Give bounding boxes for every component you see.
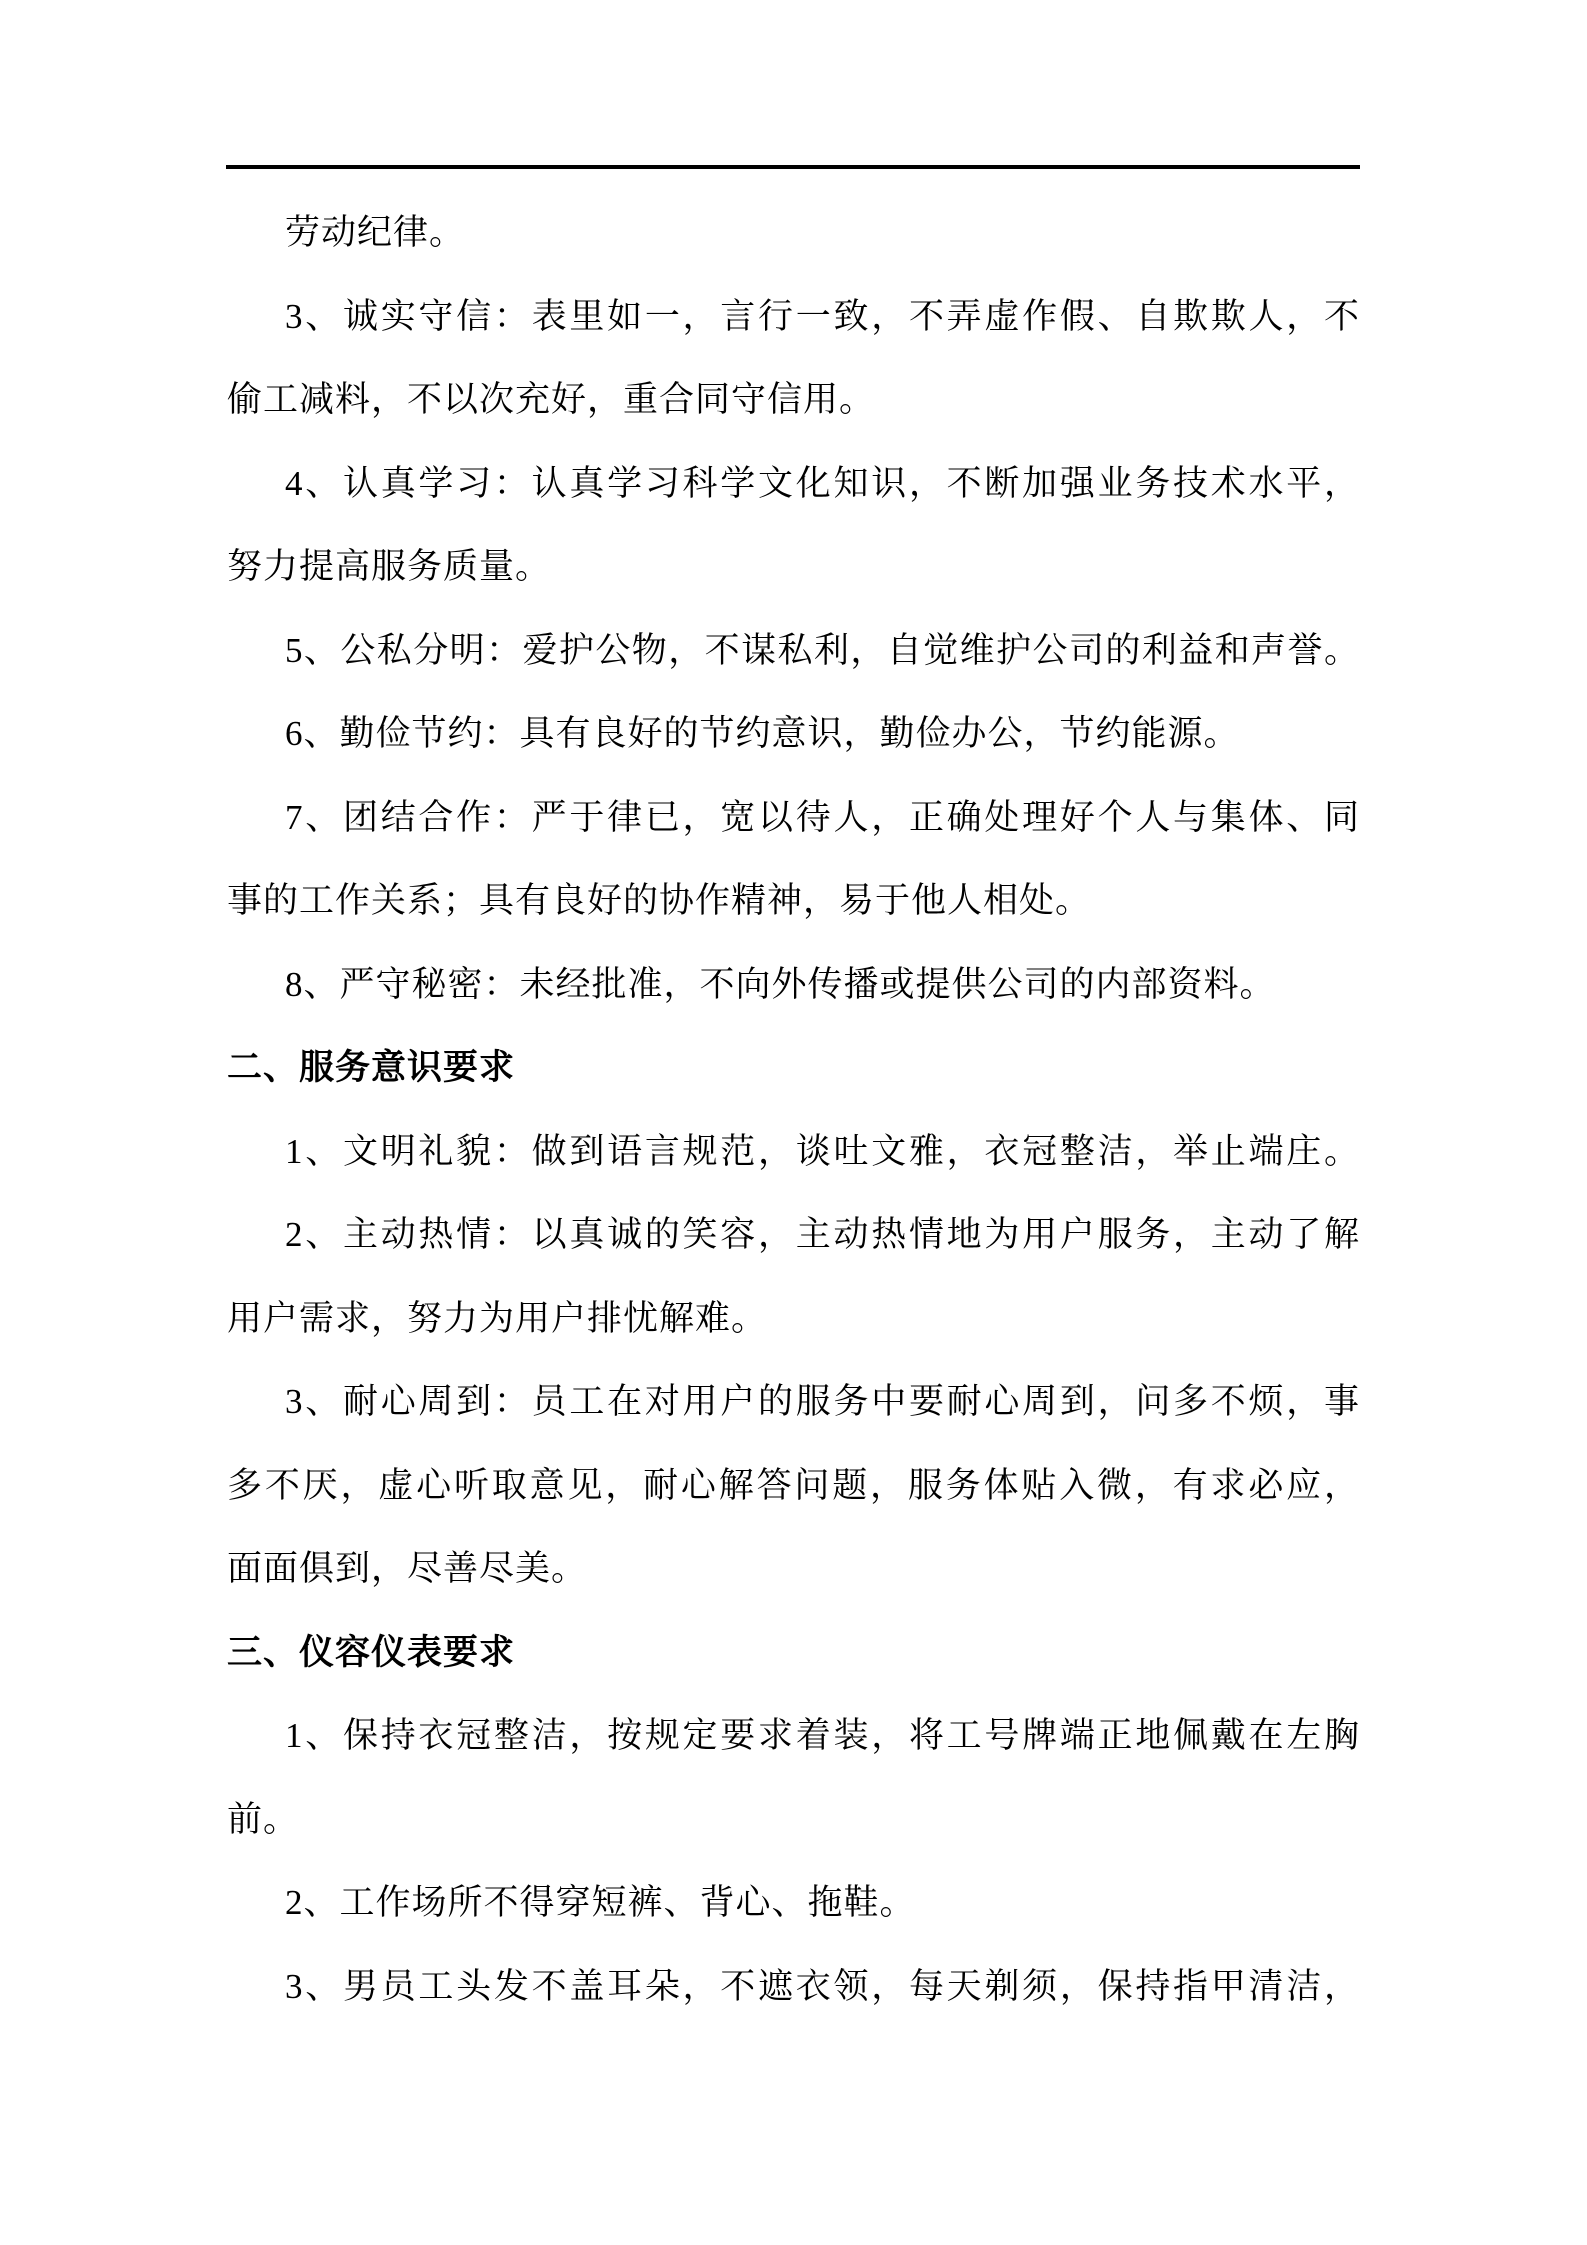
text-line: 2、工作场所不得穿短裤、背心、拖鞋。 <box>227 1861 1360 1945</box>
text-line: 3、耐心周到：员工在对用户的服务中要耐心周到，问多不烦，事 <box>227 1360 1360 1444</box>
text-line: 事的工作关系；具有良好的协作精神，易于他人相处。 <box>227 859 1360 943</box>
text-line: 1、文明礼貌：做到语言规范，谈吐文雅，衣冠整洁，举止端庄。 <box>227 1110 1360 1194</box>
text-line: 努力提高服务质量。 <box>227 525 1360 609</box>
text-line: 用户需求，努力为用户排忧解难。 <box>227 1277 1360 1361</box>
text-line: 2、主动热情：以真诚的笑容，主动热情地为用户服务，主动了解 <box>227 1193 1360 1277</box>
text-line: 6、勤俭节约：具有良好的节约意识，勤俭办公，节约能源。 <box>227 692 1360 776</box>
text-line: 3、男员工头发不盖耳朵，不遮衣领，每天剃须，保持指甲清洁， <box>227 1945 1360 2029</box>
text-line: 偷工减料，不以次充好，重合同守信用。 <box>227 358 1360 442</box>
text-line: 多不厌，虚心听取意见，耐心解答问题，服务体贴入微，有求必应， <box>227 1444 1360 1528</box>
text-line: 1、保持衣冠整洁，按规定要求着装，将工号牌端正地佩戴在左胸 <box>227 1694 1360 1778</box>
document-body: 劳动纪律。 3、诚实守信：表里如一，言行一致，不弄虚作假、自欺欺人，不 偷工减料… <box>227 191 1360 2028</box>
text-line: 8、严守秘密：未经批准，不向外传播或提供公司的内部资料。 <box>227 943 1360 1027</box>
text-line: 劳动纪律。 <box>227 191 1360 275</box>
section-heading: 三、仪容仪表要求 <box>227 1611 1360 1695</box>
text-line: 7、团结合作：严于律已，宽以待人，正确处理好个人与集体、同 <box>227 776 1360 860</box>
text-line: 面面俱到，尽善尽美。 <box>227 1527 1360 1611</box>
document-page: 劳动纪律。 3、诚实守信：表里如一，言行一致，不弄虚作假、自欺欺人，不 偷工减料… <box>0 165 1587 2028</box>
section-heading: 二、服务意识要求 <box>227 1026 1360 1110</box>
header-rule <box>226 165 1360 169</box>
text-line: 4、认真学习：认真学习科学文化知识，不断加强业务技术水平， <box>227 442 1360 526</box>
text-line: 5、公私分明：爱护公物，不谋私利，自觉维护公司的利益和声誉。 <box>227 609 1360 693</box>
text-line: 前。 <box>227 1778 1360 1862</box>
text-line: 3、诚实守信：表里如一，言行一致，不弄虚作假、自欺欺人，不 <box>227 275 1360 359</box>
